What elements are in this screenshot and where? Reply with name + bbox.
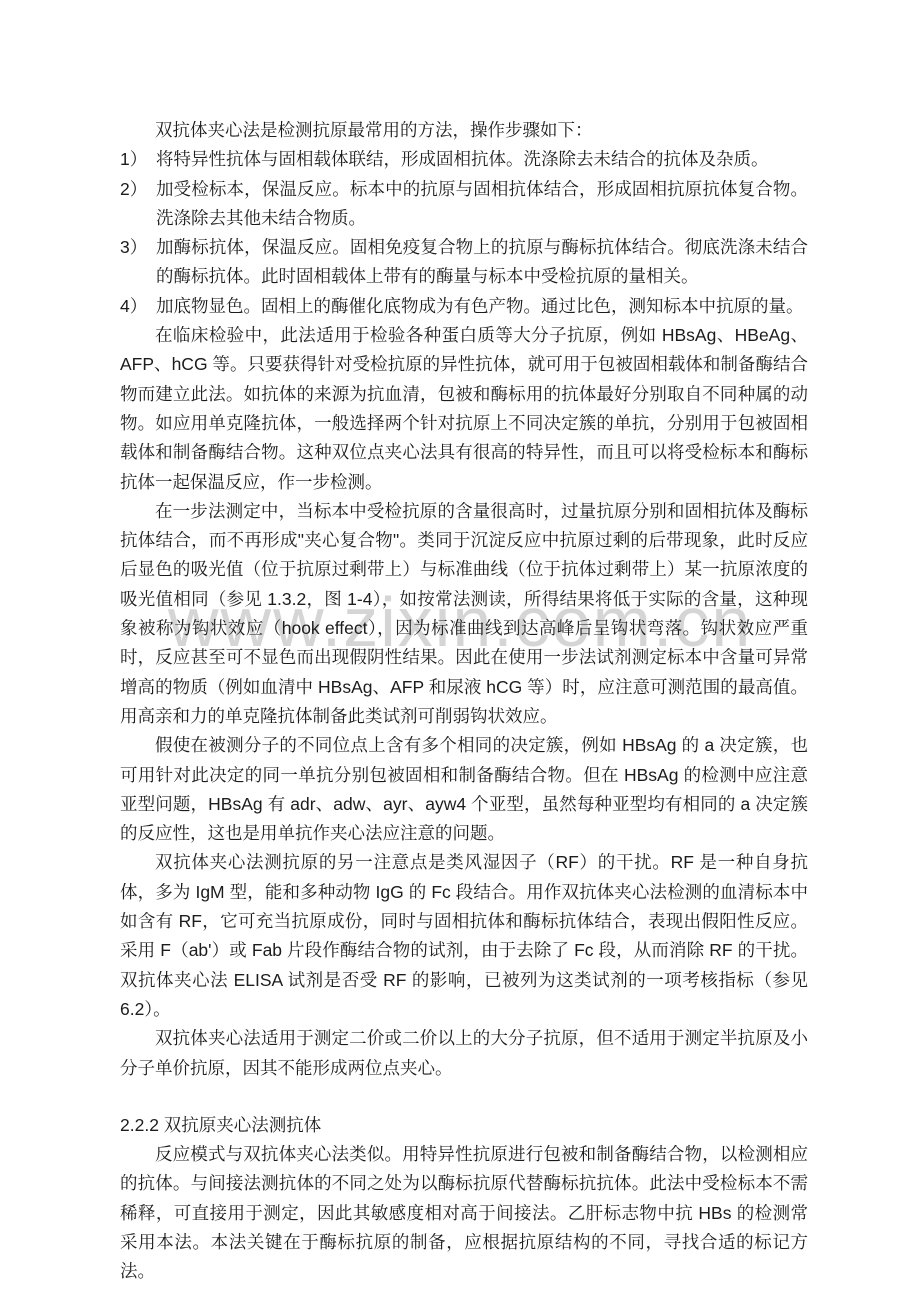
intro-paragraph: 双抗体夹心法是检测抗原最常用的方法，操作步骤如下： [120, 116, 808, 145]
section-paragraph: 反应模式与双抗体夹心法类似。用特异性抗原进行包被和制备酶结合物，以检测相应的抗体… [120, 1140, 808, 1286]
list-item-number: 2） [120, 175, 147, 204]
list-item-text: 加酶标抗体，保温反应。固相免疫复合物上的抗原与酶标抗体结合。彻底洗涤未结合的酶标… [156, 237, 808, 286]
list-item: 2） 加受检标本，保温反应。标本中的抗原与固相抗体结合，形成固相抗原抗体复合物。… [120, 175, 808, 234]
body-paragraph: 在一步法测定中，当标本中受检抗原的含量很高时，过量抗原分别和固相抗体及酶标抗体结… [120, 497, 808, 731]
list-item-text: 将特异性抗体与固相载体联结，形成固相抗体。洗涤除去未结合的抗体及杂质。 [156, 149, 769, 169]
section-heading: 2.2.2 双抗原夹心法测抗体 [120, 1111, 808, 1140]
document-body: 双抗体夹心法是检测抗原最常用的方法，操作步骤如下： 1） 将特异性抗体与固相载体… [0, 0, 920, 1287]
list-item-text: 加受检标本，保温反应。标本中的抗原与固相抗体结合，形成固相抗原抗体复合物。洗涤除… [156, 179, 808, 228]
document-page: www.zixin.com.cn 双抗体夹心法是检测抗原最常用的方法，操作步骤如… [0, 0, 920, 1302]
list-item-number: 1） [120, 145, 147, 174]
list-item-number: 3） [120, 233, 147, 262]
list-item: 1） 将特异性抗体与固相载体联结，形成固相抗体。洗涤除去未结合的抗体及杂质。 [120, 145, 808, 174]
body-paragraph: 在临床检验中，此法适用于检验各种蛋白质等大分子抗原，例如 HBsAg、HBeAg… [120, 321, 808, 497]
body-paragraph: 双抗体夹心法适用于测定二价或二价以上的大分子抗原，但不适用于测定半抗原及小分子单… [120, 1024, 808, 1083]
list-item-text: 加底物显色。固相上的酶催化底物成为有色产物。通过比色，测知标本中抗原的量。 [156, 296, 804, 316]
body-paragraph: 假使在被测分子的不同位点上含有多个相同的决定簇，例如 HBsAg 的 a 决定簇… [120, 731, 808, 848]
list-item: 4） 加底物显色。固相上的酶催化底物成为有色产物。通过比色，测知标本中抗原的量。 [120, 292, 808, 321]
list-item: 3） 加酶标抗体，保温反应。固相免疫复合物上的抗原与酶标抗体结合。彻底洗涤未结合… [120, 233, 808, 292]
list-item-number: 4） [120, 292, 147, 321]
body-paragraph: 双抗体夹心法测抗原的另一注意点是类风湿因子（RF）的干扰。RF 是一种自身抗体，… [120, 848, 808, 1024]
